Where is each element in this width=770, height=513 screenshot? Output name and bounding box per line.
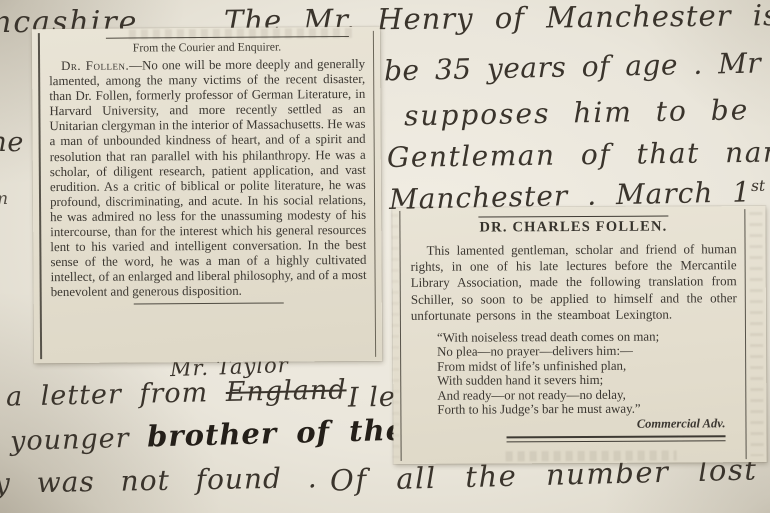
clipping-left-lead: Dr. Follen. bbox=[61, 59, 129, 73]
younger-text: younger bbox=[10, 422, 148, 457]
struck-word-england: England bbox=[225, 374, 346, 408]
handwriting-margin-fragment-2: m bbox=[0, 190, 8, 209]
clipping-left-body: Dr. Follen.—No one will be more deeply a… bbox=[49, 57, 367, 301]
handwriting-line-gentleman: Gentleman of that name bbox=[387, 137, 770, 174]
handwriting-line-supposes: supposes him to be a de la bbox=[404, 93, 770, 133]
clipping-left-column: From the Courier and Enquirer. Dr. Folle… bbox=[38, 31, 376, 359]
clipping-courier-enquirer: From the Courier and Enquirer. Dr. Folle… bbox=[32, 27, 382, 363]
poem-line: Forth to his Judge’s bar he must away.” bbox=[437, 401, 737, 417]
clipping-right-title: DR. CHARLES FOLLEN. bbox=[410, 218, 736, 237]
clipping-source-line: From the Courier and Enquirer. bbox=[49, 35, 365, 56]
poem-line: And ready—or not ready—no delay, bbox=[437, 387, 737, 403]
schiller-translation-poem: “With noiseless tread death comes on man… bbox=[437, 329, 737, 417]
clipping-right-body: This lamented gentleman, scholar and fri… bbox=[411, 241, 737, 324]
clipping-attribution: Commercial Adv. bbox=[411, 417, 737, 434]
poem-line: From midst of life’s unfinished plan, bbox=[437, 358, 737, 374]
poem-line: No plea—no prayer—delivers him:— bbox=[437, 344, 737, 360]
poem-line: “With noiseless tread death comes on man… bbox=[437, 329, 737, 345]
bleed-through-texture bbox=[391, 214, 399, 458]
handwriting-line-age: be 35 years of age . Mr H bbox=[384, 48, 770, 88]
handwriting-line-not-found: y was not found . bbox=[0, 463, 318, 499]
end-double-rule bbox=[507, 436, 726, 443]
bleed-through-texture bbox=[749, 212, 763, 456]
handwriting-line-letter-from: a letter from England bbox=[6, 375, 347, 412]
handwriting-margin-fragment-1: he bbox=[0, 128, 23, 158]
end-rule bbox=[134, 302, 284, 304]
clipping-charles-follen: DR. CHARLES FOLLEN. This lamented gentle… bbox=[392, 206, 766, 464]
date-superscript: st bbox=[751, 177, 765, 195]
clipping-left-body-text: —No one will be more deeply and generall… bbox=[49, 57, 366, 300]
poem-line: With sudden hand it severs him; bbox=[437, 372, 737, 388]
title-rule bbox=[478, 216, 668, 218]
clipping-right-column: DR. CHARLES FOLLEN. This lamented gentle… bbox=[399, 209, 746, 461]
scrapbook-page: ncashire . The Mr. Henry of Manchester i… bbox=[0, 0, 770, 513]
letter-from-text: a letter from bbox=[6, 377, 226, 413]
